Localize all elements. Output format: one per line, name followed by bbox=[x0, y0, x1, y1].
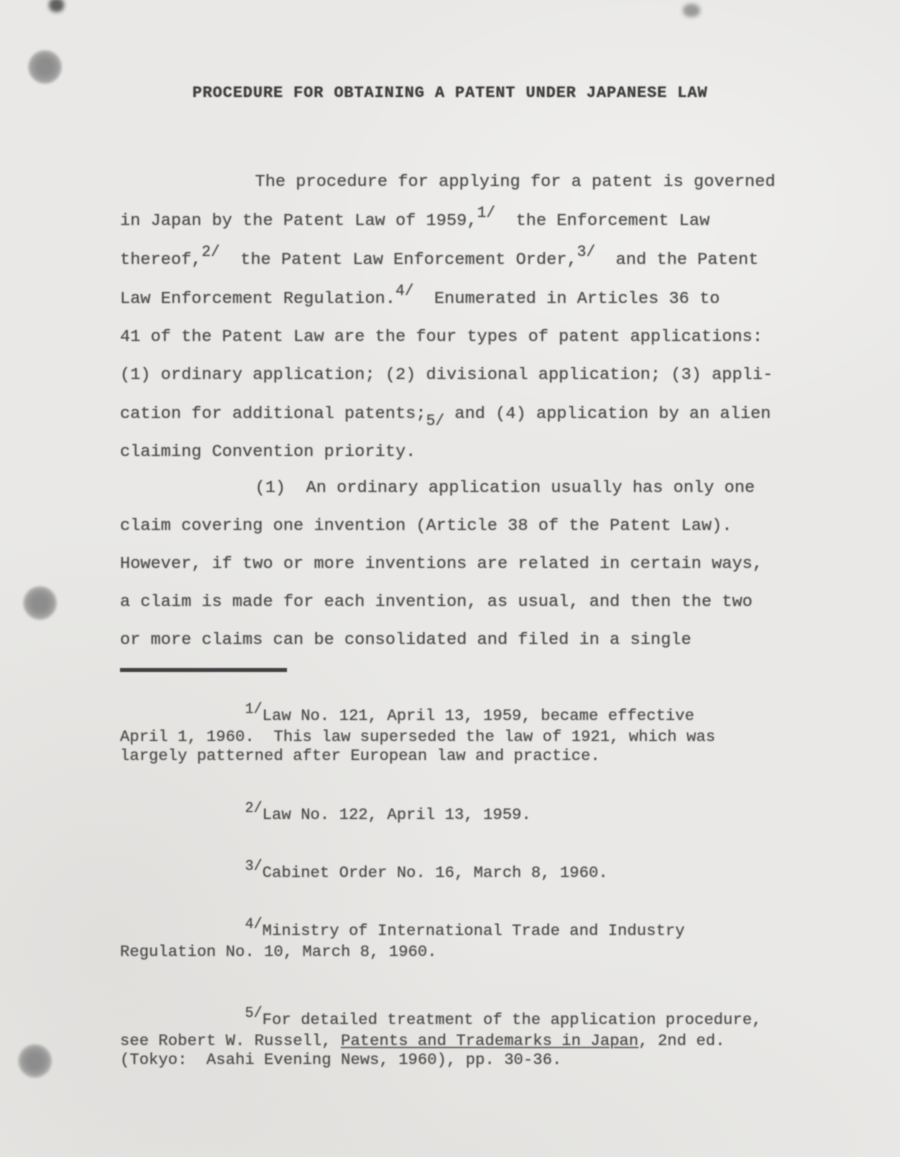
footnote-ref-marker: 2/ bbox=[202, 243, 220, 261]
text-segment: Law Enforcement Regulation. bbox=[120, 290, 395, 309]
footnote-ref-marker: 5/ bbox=[426, 412, 444, 430]
text-line: 5/For detailed treatment of the applicat… bbox=[120, 1011, 830, 1032]
text-line: Law Enforcement Regulation.4/ Enumerated… bbox=[120, 280, 820, 319]
text-segment: thereof, bbox=[120, 251, 202, 270]
text-segment: Enumerated in Articles 36 to bbox=[414, 290, 720, 309]
text-segment: Cabinet Order No. 16, March 8, 1960. bbox=[262, 864, 608, 882]
text-segment: For detailed treatment of the applicatio… bbox=[262, 1011, 761, 1029]
text-segment: However, if two or more inventions are r… bbox=[120, 555, 763, 574]
footnote-ref-marker: 3/ bbox=[245, 859, 262, 875]
underlined-book-title: Patents and Trademarks in Japan bbox=[341, 1032, 639, 1050]
text-segment: (1) An ordinary application usually has … bbox=[255, 479, 755, 498]
text-segment: cation for additional patents; bbox=[120, 405, 426, 424]
text-line: (Tokyo: Asahi Evening News, 1960), pp. 3… bbox=[120, 1051, 830, 1071]
footnote-ref-marker: 5/ bbox=[245, 1006, 262, 1022]
text-segment: claim covering one invention (Article 38… bbox=[120, 517, 732, 536]
document-title: PROCEDURE FOR OBTAINING A PATENT UNDER J… bbox=[0, 84, 900, 102]
body-paragraph: The procedure for applying for a patent … bbox=[120, 164, 820, 472]
footnote: 2/Law No. 122, April 13, 1959. bbox=[120, 806, 830, 827]
text-segment: a claim is made for each invention, as u… bbox=[120, 593, 753, 612]
text-segment: (1) ordinary application; (2) divisional… bbox=[120, 366, 773, 385]
text-segment: the Patent Law Enforcement Order, bbox=[220, 251, 577, 270]
text-segment: , 2nd ed. bbox=[639, 1032, 725, 1050]
text-segment: Law No. 122, April 13, 1959. bbox=[262, 806, 531, 824]
footnote: 1/Law No. 121, April 13, 1959, became ef… bbox=[120, 707, 830, 767]
footnote: 5/For detailed treatment of the applicat… bbox=[120, 1011, 830, 1071]
punch-hole bbox=[23, 586, 57, 620]
text-line: thereof,2/ the Patent Law Enforcement Or… bbox=[120, 241, 820, 280]
text-line: Regulation No. 10, March 8, 1960. bbox=[120, 943, 830, 963]
text-line: (1) An ordinary application usually has … bbox=[120, 470, 820, 508]
footnote-ref-marker: 4/ bbox=[245, 917, 262, 933]
text-line: April 1, 1960. This law superseded the l… bbox=[120, 728, 830, 748]
footnote-ref-marker: 2/ bbox=[245, 801, 262, 817]
footnote: 4/Ministry of International Trade and In… bbox=[120, 922, 830, 962]
text-line: see Robert W. Russell, Patents and Trade… bbox=[120, 1032, 830, 1052]
punch-hole bbox=[18, 1044, 52, 1078]
text-line: 41 of the Patent Law are the four types … bbox=[120, 319, 820, 357]
text-segment: 41 of the Patent Law are the four types … bbox=[120, 328, 763, 347]
text-segment: The procedure for applying for a patent … bbox=[255, 173, 775, 192]
document-page: PROCEDURE FOR OBTAINING A PATENT UNDER J… bbox=[0, 0, 900, 1157]
text-line: (1) ordinary application; (2) divisional… bbox=[120, 357, 820, 395]
text-segment: and (4) application by an alien bbox=[444, 405, 770, 424]
text-segment: the Enforcement Law bbox=[495, 212, 709, 231]
footnote-ref-marker: 1/ bbox=[477, 204, 495, 222]
text-segment: largely patterned after European law and… bbox=[120, 747, 600, 765]
text-segment: and the Patent bbox=[595, 251, 758, 270]
punch-hole bbox=[28, 50, 62, 84]
text-segment: or more claims can be consolidated and f… bbox=[120, 631, 691, 650]
body-paragraph: (1) An ordinary application usually has … bbox=[120, 470, 820, 660]
text-line: in Japan by the Patent Law of 1959,1/ th… bbox=[120, 202, 820, 241]
text-line: The procedure for applying for a patent … bbox=[120, 164, 820, 202]
text-segment: see Robert W. Russell, bbox=[120, 1032, 341, 1050]
footnote-ref-marker: 3/ bbox=[577, 243, 595, 261]
text-line: 1/Law No. 121, April 13, 1959, became ef… bbox=[120, 707, 830, 728]
text-line: claiming Convention priority. bbox=[120, 434, 820, 472]
footnote-ref-marker: 4/ bbox=[395, 282, 413, 300]
text-segment: claiming Convention priority. bbox=[120, 443, 416, 462]
footnote-separator-rule bbox=[120, 668, 287, 672]
footnote-ref-marker: 1/ bbox=[245, 702, 262, 718]
text-segment: April 1, 1960. This law superseded the l… bbox=[120, 728, 715, 746]
text-line: largely patterned after European law and… bbox=[120, 747, 830, 767]
text-segment: Ministry of International Trade and Indu… bbox=[262, 922, 684, 940]
footnote: 3/Cabinet Order No. 16, March 8, 1960. bbox=[120, 864, 830, 885]
ink-smudge bbox=[683, 4, 700, 17]
text-segment: (Tokyo: Asahi Evening News, 1960), pp. 3… bbox=[120, 1051, 562, 1069]
ink-smudge bbox=[49, 0, 64, 12]
text-line: or more claims can be consolidated and f… bbox=[120, 622, 820, 660]
text-line: claim covering one invention (Article 38… bbox=[120, 508, 820, 546]
text-line: 3/Cabinet Order No. 16, March 8, 1960. bbox=[120, 864, 830, 885]
text-line: However, if two or more inventions are r… bbox=[120, 546, 820, 584]
text-segment: Regulation No. 10, March 8, 1960. bbox=[120, 943, 437, 961]
text-line: cation for additional patents;5/ and (4)… bbox=[120, 395, 820, 434]
text-line: 4/Ministry of International Trade and In… bbox=[120, 922, 830, 943]
text-line: 2/Law No. 122, April 13, 1959. bbox=[120, 806, 830, 827]
text-line: a claim is made for each invention, as u… bbox=[120, 584, 820, 622]
text-segment: in Japan by the Patent Law of 1959, bbox=[120, 212, 477, 231]
text-segment: Law No. 121, April 13, 1959, became effe… bbox=[262, 707, 694, 725]
